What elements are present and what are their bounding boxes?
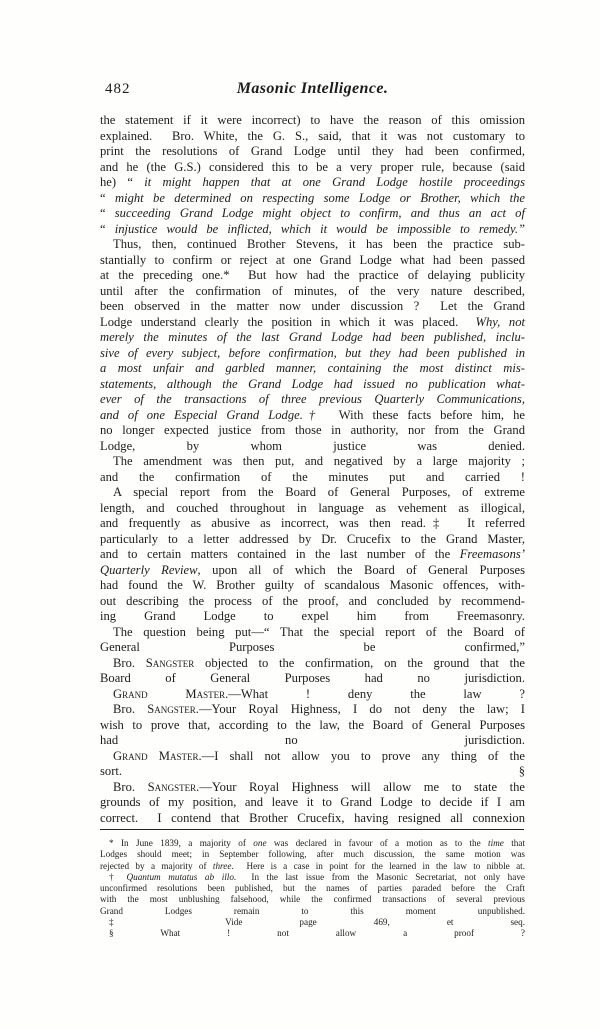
text-line: been observed in the matter now under di… [100,299,525,315]
footnote-line: with the most unblushing falsehood, whil… [100,894,525,905]
text-line: “ succeeding Grand Lodge might object to… [100,206,525,222]
text-line: sort. § [100,764,525,780]
text-line: merely the minutes of the last Grand Lod… [100,330,525,346]
text-line: and frequently as abusive as incorrect, … [100,516,525,532]
text-line: General Purposes be confirmed,” [100,640,525,656]
text-line: he) “ it might happen that at one Grand … [100,175,525,191]
footnote-rule [100,829,524,830]
text-line: Bro. Sangster objected to the confirmati… [100,656,525,672]
text-line: “ injustice would be inflicted, which it… [100,222,525,238]
body-text: the statement if it were incorrect) to h… [100,113,525,826]
text-line: particularly to a letter addressed by Dr… [100,532,525,548]
text-line: Lodge, by whom justice was denied. [100,439,525,455]
text-line: and of one Especial Grand Lodge.† With t… [100,408,525,424]
text-line: Bro. Sangster.—Your Royal Highness will … [100,780,525,796]
text-line: print the resolutions of Grand Lodge unt… [100,144,525,160]
text-line: wish to prove that, according to the law… [100,718,525,734]
text-line: no longer expected justice from those in… [100,423,525,439]
book-page: 482 Masonic Intelligence. the statement … [0,0,600,1030]
footnote-line: ‡ Vide page 469, et seq. [100,917,525,928]
text-line: “ might be determined on respecting some… [100,191,525,207]
text-line: and the confirmation of the minutes put … [100,470,525,486]
text-line: ing Grand Lodge to expel him from Freema… [100,609,525,625]
footnote-line: Lodges should meet; in September followi… [100,849,525,860]
text-line: explained. Bro. White, the G. S., said, … [100,129,525,145]
footnote-line: † Quantum mutatus ab illo. In the last i… [100,872,525,883]
text-line: sive of every subject, before confirmati… [100,346,525,362]
text-line: had found the W. Brother guilty of scand… [100,578,525,594]
text-line: Grand Master.—I shall not allow you to p… [100,749,525,765]
text-line: had no jurisdiction. [100,733,525,749]
text-line: The amendment was then put, and negative… [100,454,525,470]
text-line: stantially to confirm or reject at one G… [100,253,525,269]
footnote-line: * In June 1839, a majority of one was de… [100,838,525,849]
text-line: a most unfair and garbled manner, contai… [100,361,525,377]
text-line: ever of the transactions of three previo… [100,392,525,408]
text-line: out describing the process of the proof,… [100,594,525,610]
text-line: Grand Master.—What ! deny the law ? [100,687,525,703]
footnote-line: rejected by a majority of three. Here is… [100,861,525,872]
text-line: until after the confirmation of minutes,… [100,284,525,300]
text-line: at the preceding one.* But how had the p… [100,268,525,284]
text-line: A special report from the Board of Gener… [100,485,525,501]
footnotes: * In June 1839, a majority of one was de… [100,838,525,940]
text-line: The question being put—“ That the specia… [100,625,525,641]
footnote-line: unconfirmed resolutions been published, … [100,883,525,894]
text-line: Bro. Sangster.—Your Royal Highness, I do… [100,702,525,718]
text-line: the statement if it were incorrect) to h… [100,113,525,129]
footnote-line: Grand Lodges remain to this moment unpub… [100,906,525,917]
running-title: Masonic Intelligence. [100,80,525,98]
text-line: and to certain matters contained in the … [100,547,525,563]
text-line: length, and couched throughout in langua… [100,501,525,517]
text-line: grounds of my position, and leave it to … [100,795,525,811]
text-line: correct. I contend that Brother Crucefix… [100,811,525,827]
footnote-line: § What ! not allow a proof ? [100,928,525,939]
text-line: and he (the G.S.) considered this to be … [100,160,525,176]
text-line: Lodge understand clearly the position in… [100,315,525,331]
text-line: Board of General Purposes had no jurisdi… [100,671,525,687]
text-line: Thus, then, continued Brother Stevens, i… [100,237,525,253]
text-line: statements, although the Grand Lodge had… [100,377,525,393]
text-line: Quarterly Review, upon all of which the … [100,563,525,579]
page-header: 482 Masonic Intelligence. [100,80,525,102]
